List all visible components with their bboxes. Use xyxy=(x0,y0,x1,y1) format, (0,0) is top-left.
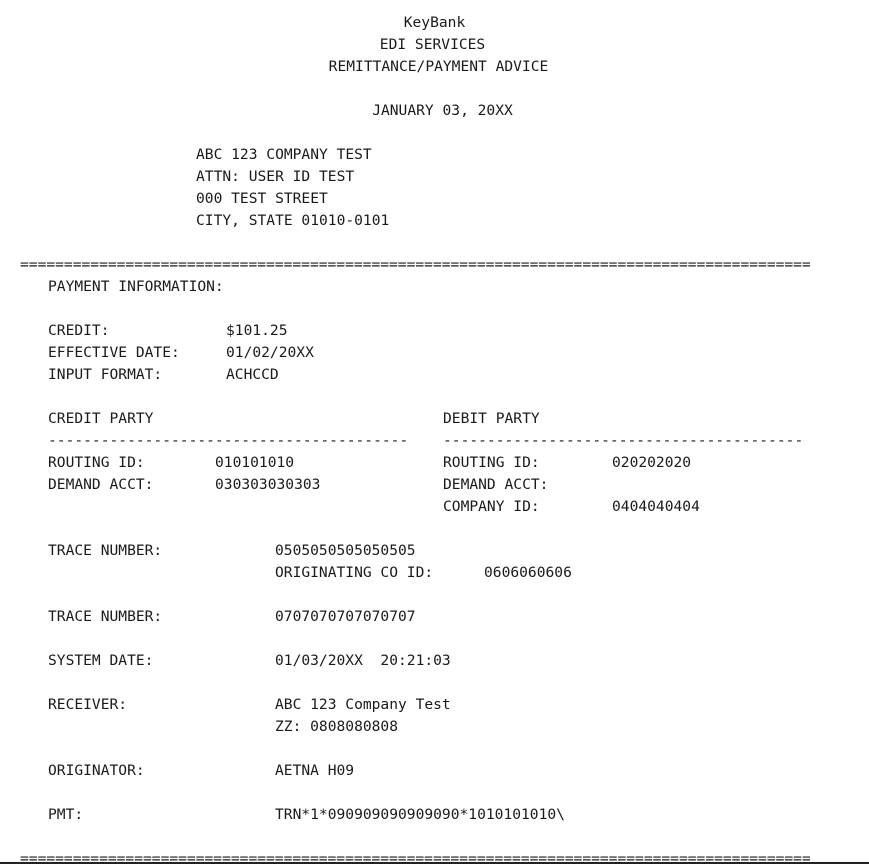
trace-number-2-value: 0707070707070707 xyxy=(275,606,416,628)
credit-party-rule: ----------------------------------------… xyxy=(48,430,414,452)
system-date-value: 01/03/20XX 20:21:03 xyxy=(275,650,451,672)
debit-company-label: COMPANY ID: xyxy=(443,496,540,518)
credit-demand-label: DEMAND ACCT: xyxy=(48,474,153,496)
originator-value: AETNA H09 xyxy=(275,760,354,782)
credit-value: $101.25 xyxy=(226,320,288,342)
pmt-label: PMT: xyxy=(48,804,83,826)
advice-date: JANUARY 03, 20XX xyxy=(8,100,869,122)
effective-date-label: EFFECTIVE DATE: xyxy=(48,342,180,364)
receiver-id: ZZ: 0808080808 xyxy=(275,716,398,738)
receiver-name: ABC 123 Company Test xyxy=(275,694,451,716)
credit-label: CREDIT: xyxy=(48,320,110,342)
double-rule-top: ========================================… xyxy=(20,254,810,276)
debit-company-value: 0404040404 xyxy=(612,496,700,518)
originator-label: ORIGINATOR: xyxy=(48,760,145,782)
credit-routing-value: 010101010 xyxy=(215,452,294,474)
payment-information-heading: PAYMENT INFORMATION: xyxy=(48,276,224,298)
debit-routing-value: 020202020 xyxy=(612,452,691,474)
debit-routing-label: ROUTING ID: xyxy=(443,452,540,474)
pmt-value: TRN*1*090909090909090*1010101010\ xyxy=(275,804,565,826)
debit-party-heading: DEBIT PARTY xyxy=(443,408,540,430)
address-line-3: 000 TEST STREET xyxy=(196,188,328,210)
receiver-label: RECEIVER: xyxy=(48,694,127,716)
input-format-value: ACHCCD xyxy=(226,364,279,386)
credit-routing-label: ROUTING ID: xyxy=(48,452,145,474)
address-line-2: ATTN: USER ID TEST xyxy=(196,166,354,188)
address-line-4: CITY, STATE 01010-0101 xyxy=(196,210,389,232)
system-date-label: SYSTEM DATE: xyxy=(48,650,153,672)
credit-demand-value: 030303030303 xyxy=(215,474,320,496)
debit-demand-label: DEMAND ACCT: xyxy=(443,474,548,496)
originating-co-id-value: 0606060606 xyxy=(484,562,572,584)
effective-date-value: 01/02/20XX xyxy=(226,342,314,364)
input-format-label: INPUT FORMAT: xyxy=(48,364,162,386)
credit-party-heading: CREDIT PARTY xyxy=(48,408,153,430)
document-title: REMITTANCE/PAYMENT ADVICE xyxy=(4,56,869,78)
trace-number-2-label: TRACE NUMBER: xyxy=(48,606,162,628)
address-line-1: ABC 123 COMPANY TEST xyxy=(196,144,372,166)
trace-number-1-value: 0505050505050505 xyxy=(275,540,416,562)
debit-party-rule: ----------------------------------------… xyxy=(443,430,809,452)
department-name: EDI SERVICES xyxy=(0,34,867,56)
bank-name: KeyBank xyxy=(0,12,869,34)
trace-number-1-label: TRACE NUMBER: xyxy=(48,540,162,562)
originating-co-id-label: ORIGINATING CO ID: xyxy=(275,562,433,584)
